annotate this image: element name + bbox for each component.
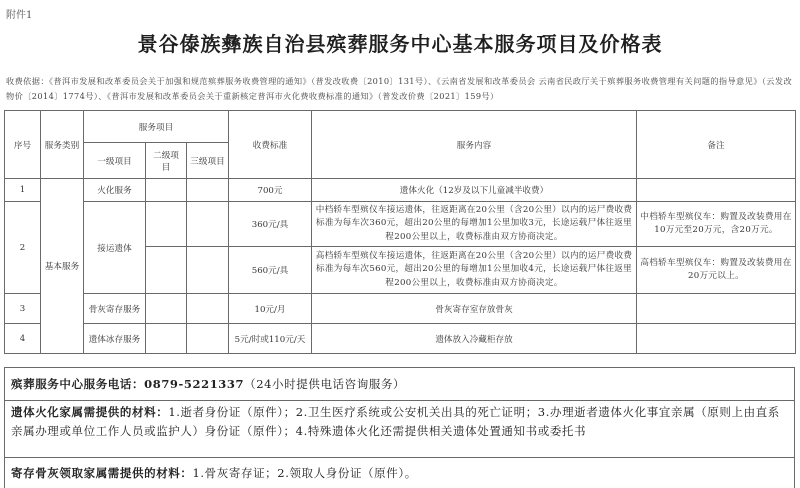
header-fee: 收费标准 [229,111,312,179]
cell-level1: 火化服务 [84,179,146,202]
page-title: 景谷傣族彝族自治县殡葬服务中心基本服务项目及价格表 [0,28,800,57]
cell-seq: 1 [5,179,41,202]
cell-level2 [146,179,187,202]
cell-remark: 中档轿车型殡仪车：购置及改装费用在10万元至20万元，含20万元。 [637,202,796,247]
cremation-materials-note: 遗体火化家属需提供的材料：1.逝者身份证（原件）；2.卫生医疗系统或公安机关出具… [5,401,795,458]
phone-label: 殡葬服务中心服务电话： [11,377,144,391]
cell-content: 中档轿车型殡仪车接运遗体，往返距离在20公里（含20公里）以内的运尸费收费标准为… [312,202,637,247]
cell-level2 [146,247,187,294]
cell-remark [637,324,796,354]
cell-seq: 3 [5,294,41,324]
cell-level1: 遗体冰存服务 [84,324,146,354]
cell-fee: 560元/具 [229,247,312,294]
header-level3: 三级项目 [187,143,229,179]
cell-content: 遗体火化（12岁及以下儿童减半收费） [312,179,637,202]
cell-content: 骨灰寄存室存放骨灰 [312,294,637,324]
cell-level3 [187,294,229,324]
table-row: 4 遗体冰存服务 5元/时或110元/天 遗体放入冷藏柜存放 [5,324,796,354]
cell-fee: 360元/具 [229,202,312,247]
header-level1: 一级项目 [84,143,146,179]
header-service-items: 服务项目 [84,111,229,143]
cell-level3 [187,202,229,247]
cell-level3 [187,324,229,354]
ashes-materials-note: 寄存骨灰领取家属需提供的材料：1.骨灰寄存证；2.领取人身份证（原件）。 [5,458,795,488]
cell-fee: 700元 [229,179,312,202]
header-category: 服务类别 [41,111,84,179]
price-table: 序号 服务类别 服务项目 收费标准 服务内容 备注 一级项目 二级项目 三级项目… [4,110,796,354]
annex-label: 附件1 [6,6,32,21]
fee-basis-text: 收费依据：《普洱市发展和改革委员会关于加强和规范殡葬服务收费管理的通知》（普发改… [6,74,796,104]
cell-remark [637,179,796,202]
ashes-label: 寄存骨灰领取家属需提供的材料： [11,466,193,480]
table-row: 3 骨灰寄存服务 10元/月 骨灰寄存室存放骨灰 [5,294,796,324]
notes-table: 殡葬服务中心服务电话：0879-5221337（24小时提供电话咨询服务） 遗体… [4,367,795,488]
ashes-text: 1.骨灰寄存证；2.领取人身份证（原件）。 [193,466,417,480]
header-seq: 序号 [5,111,41,179]
header-content: 服务内容 [312,111,637,179]
cell-content: 高档轿车型殡仪车接运遗体，往返距离在20公里（含20公里）以内的运尸费收费标准为… [312,247,637,294]
phone-suffix: （24小时提供电话咨询服务） [244,377,405,391]
cell-level3 [187,179,229,202]
cell-level2 [146,294,187,324]
cell-content: 遗体放入冷藏柜存放 [312,324,637,354]
cell-level2 [146,324,187,354]
cell-seq: 2 [5,202,41,294]
table-row: 1 基本服务 火化服务 700元 遗体火化（12岁及以下儿童减半收费） [5,179,796,202]
table-row: 2 接运遗体 360元/具 中档轿车型殡仪车接运遗体，往返距离在20公里（含20… [5,202,796,247]
header-remark: 备注 [637,111,796,179]
cell-level2 [146,202,187,247]
cell-level1: 骨灰寄存服务 [84,294,146,324]
cell-remark: 高档轿车型殡仪车：购置及改装费用在20万元以上。 [637,247,796,294]
header-level2: 二级项目 [146,143,187,179]
phone-number: 0879-5221337 [144,377,244,391]
cell-remark [637,294,796,324]
cell-seq: 4 [5,324,41,354]
cell-level3 [187,247,229,294]
phone-note: 殡葬服务中心服务电话：0879-5221337（24小时提供电话咨询服务） [5,368,795,401]
cell-fee: 5元/时或110元/天 [229,324,312,354]
cell-fee: 10元/月 [229,294,312,324]
cell-category: 基本服务 [41,179,84,354]
cremation-label: 遗体火化家属需提供的材料： [11,405,168,419]
cell-level1: 接运遗体 [84,202,146,294]
